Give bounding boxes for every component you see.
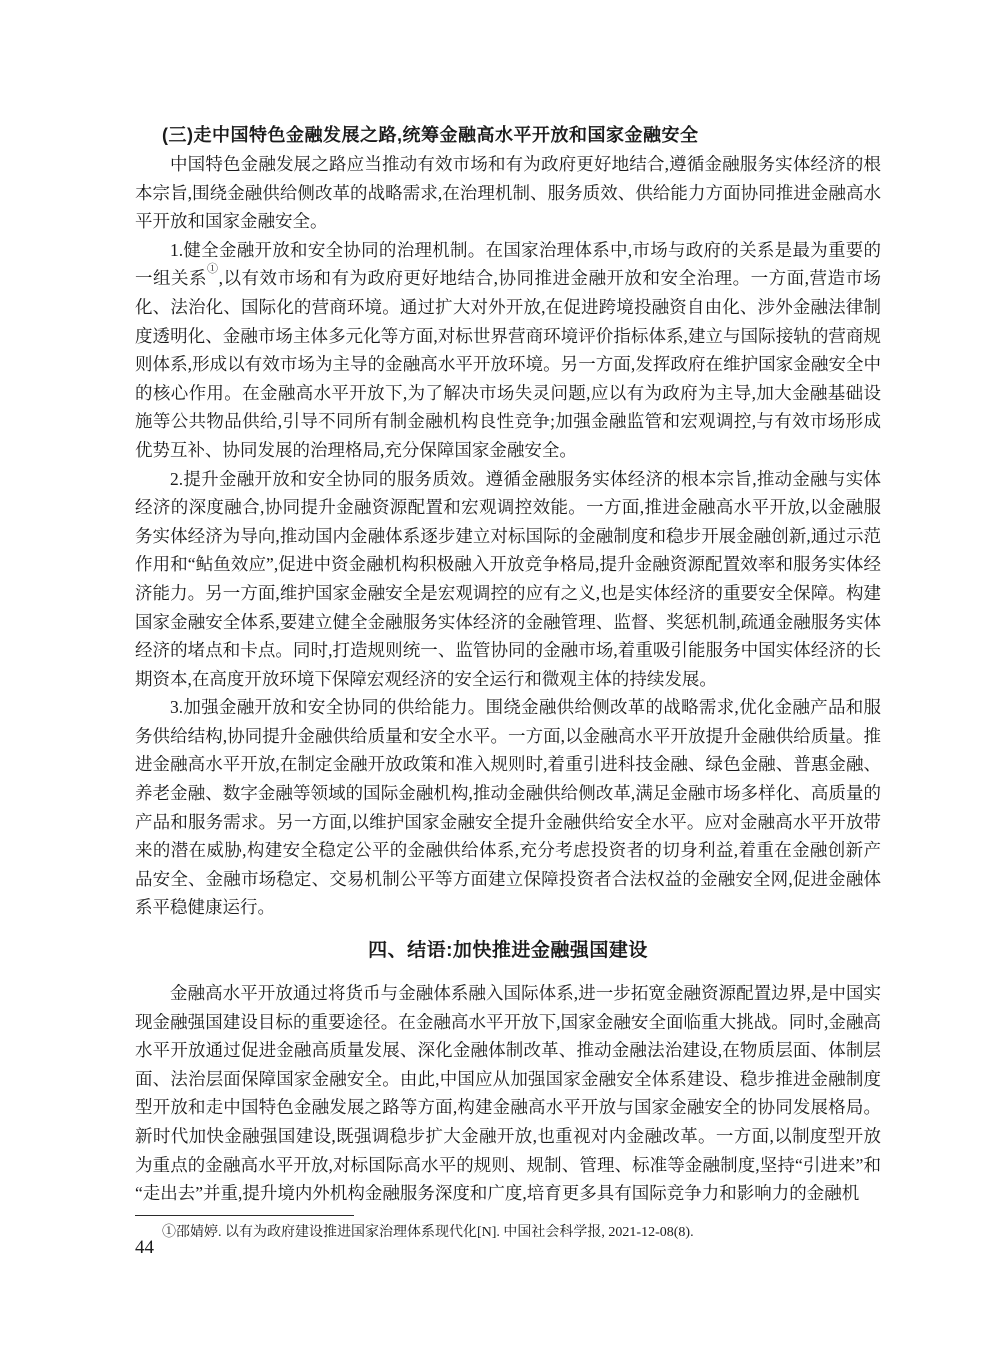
paragraph-intro: 中国特色金融发展之路应当推动有效市场和有为政府更好地结合,遵循金融服务实体经济的… xyxy=(135,150,881,236)
subsection-heading: (三)走中国特色金融发展之路,统筹金融高水平开放和国家金融安全 xyxy=(135,120,881,150)
footnote-reference-marker: ① xyxy=(207,263,219,275)
footnote-divider xyxy=(135,1215,354,1216)
section-heading-conclusion: 四、结语:加快推进金融强国建设 xyxy=(135,936,881,966)
footnote-area: ①邵婧婷. 以有为政府建设推进国家治理体系现代化[N]. 中国社会科学报, 20… xyxy=(135,1215,881,1243)
document-page: (三)走中国特色金融发展之路,统筹金融高水平开放和国家金融安全 中国特色金融发展… xyxy=(0,0,1000,1347)
footnote: ①邵婧婷. 以有为政府建设推进国家治理体系现代化[N]. 中国社会科学报, 20… xyxy=(135,1223,881,1243)
page-number: 44 xyxy=(135,1237,154,1259)
paragraph-service-quality: 2.提升金融开放和安全协同的服务质效。遵循金融服务实体经济的根本宗旨,推动金融与… xyxy=(135,465,881,694)
article-body: (三)走中国特色金融发展之路,统筹金融高水平开放和国家金融安全 中国特色金融发展… xyxy=(135,120,881,1243)
paragraph-supply-capacity: 3.加强金融开放和安全协同的供给能力。围绕金融供给侧改革的战略需求,优化金融产品… xyxy=(135,693,881,922)
paragraph-governance: 1.健全金融开放和安全协同的治理机制。在国家治理体系中,市场与政府的关系是最为重… xyxy=(135,236,881,465)
paragraph-governance-text-after: ,以有效市场和有为政府更好地结合,协同推进金融开放和安全治理。一方面,营造市场化… xyxy=(135,268,881,460)
paragraph-conclusion: 金融高水平开放通过将货币与金融体系融入国际体系,进一步拓宽金融资源配置边界,是中… xyxy=(135,979,881,1208)
footnote-text: 邵婧婷. 以有为政府建设推进国家治理体系现代化[N]. 中国社会科学报, 202… xyxy=(176,1225,694,1240)
footnote-marker: ① xyxy=(162,1225,176,1240)
